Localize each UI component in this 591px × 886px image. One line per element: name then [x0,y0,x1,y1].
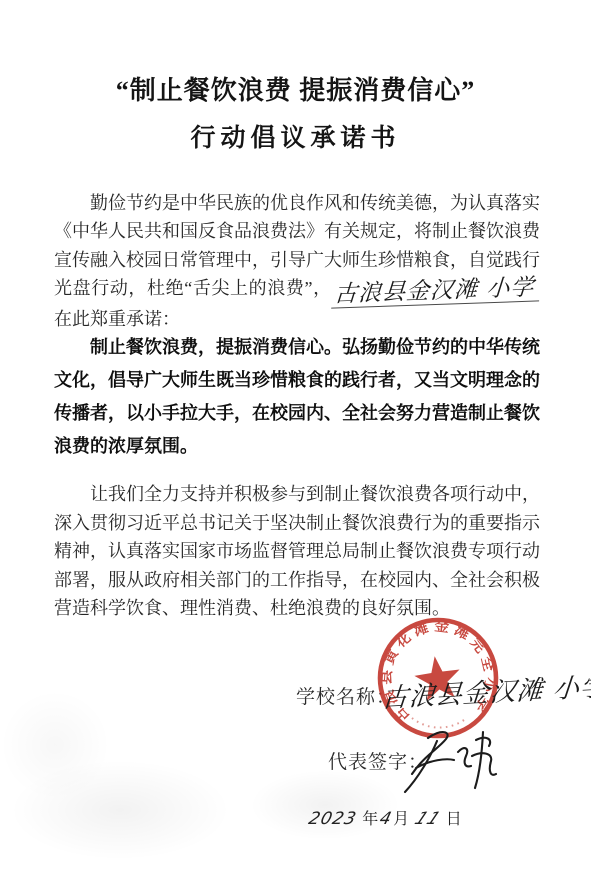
scan-smudge [0,690,110,800]
paragraph-pledge-intro: 勤俭节约是中华民族的优良作风和传统美德，为认真落实《中华人民共和国反食品浪费法》… [54,189,540,333]
date-day-handwritten: 11 [410,809,445,829]
date-line: 2023 年4月 11 日 [308,806,463,829]
representative-signature-handwriting [402,724,502,796]
paragraph-commitment: 制止餐饮浪费，提振消费信心。弘扬勤俭节约的中华传统文化，倡导广大师生既当珍惜粮食… [54,331,540,463]
date-day-unit: 日 [446,811,463,828]
date-year-handwritten: 2023 [306,809,360,829]
document-title-line1: “制止餐饮浪费 提振消费信心” [0,70,591,107]
paragraph-action: 让我们全力支持并积极参与到制止餐饮浪费各项行动中，深入贯彻习近平总书记关于坚决制… [54,480,540,623]
document-title-line2: 行动倡议承诺书 [0,118,591,154]
document-page: “制止餐饮浪费 提振消费信心” 行动倡议承诺书 勤俭节约是中华民族的优良作风和传… [0,0,591,886]
school-name-handwriting-inline: 古浪县金汉滩 小学 [331,276,541,308]
scan-smudge [10,760,230,860]
paragraph1-text-after: 在此郑重承诺： [54,309,180,329]
date-month-unit: 月 [393,811,410,828]
scan-smudge [250,770,400,840]
